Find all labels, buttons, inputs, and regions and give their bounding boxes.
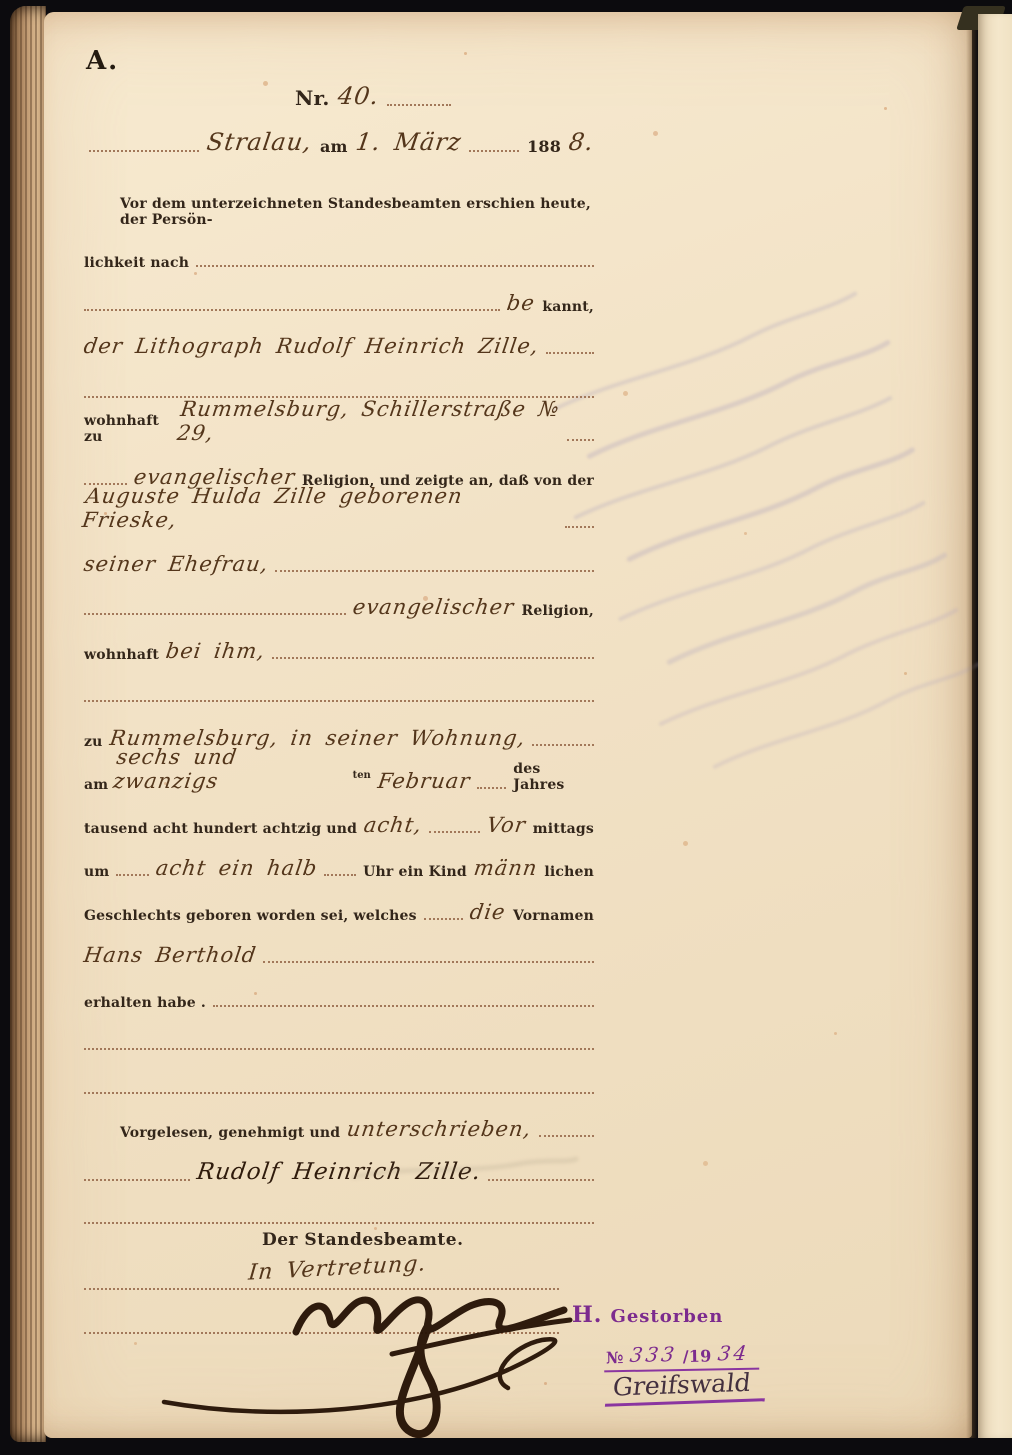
dotted-rule — [477, 773, 506, 789]
dotted-rule — [196, 251, 594, 267]
form-line: seiner Ehefrau, — [84, 532, 594, 576]
form-line: lichkeit nach — [84, 228, 594, 272]
form-line: evangelischerReligion, und zeigte an, da… — [84, 445, 594, 489]
file-number-year: 34 — [716, 1341, 750, 1366]
form-line: tausend acht hundert achtzig undacht,Vor… — [84, 793, 594, 837]
form-line: der Lithograph Rudolf Heinrich Zille, — [84, 315, 594, 359]
printed-text: lichkeit nach — [84, 255, 189, 271]
dotted-rule — [263, 947, 594, 963]
form-line: Hans Berthold — [84, 924, 594, 968]
bleedthrough-ghost-writing — [564, 297, 964, 817]
dotted-rule — [565, 512, 594, 528]
printed-text: lichen — [544, 864, 594, 880]
form-line: zuRummelsburg, in seiner Wohnung, — [84, 706, 594, 750]
officiant-title: Der Standesbeamte. — [262, 1230, 464, 1250]
form-line: umacht ein halbUhr ein Kindmännlichen — [84, 837, 594, 881]
dotted-rule — [324, 860, 356, 876]
dotted-rule — [429, 817, 480, 833]
dotted-rule — [84, 1034, 594, 1050]
printed-text: Vor dem unterzeichneten Standesbeamten e… — [120, 196, 594, 228]
handwritten-text: die — [469, 900, 508, 924]
dotted-rule — [84, 469, 127, 485]
record-number-row: Nr. 40. — [295, 82, 495, 110]
printed-text: Vornamen — [513, 908, 594, 924]
form-line: Geschlechts geboren worden sei, welchesd… — [84, 880, 594, 924]
death-stamp-word: Gestorben — [610, 1306, 723, 1327]
marginal-letter: A. — [86, 46, 119, 76]
printed-text: zu — [84, 734, 103, 750]
form-line: Vor dem unterzeichneten Standesbeamten e… — [84, 184, 594, 228]
handwritten-text: der Lithograph Rudolf Heinrich Zille, — [82, 334, 540, 358]
dateline-row: Stralau, am 1. März 188 8. — [89, 128, 594, 156]
dateline-year-printed: 188 — [527, 137, 561, 156]
dotted-rule — [84, 382, 594, 398]
handwritten-text: evangelischer — [352, 595, 517, 619]
greifswald-annotation: Greifswald — [605, 1367, 768, 1407]
form-line: wohnhaft zuRummelsburg, Schillerstraße №… — [84, 402, 594, 446]
dateline-am-label: am — [320, 137, 348, 156]
dotted-rule — [84, 295, 500, 311]
handwritten-text: Hans Berthold — [82, 943, 258, 967]
next-page-edge — [978, 14, 1012, 1438]
form-line: wohnhaftbei ihm, — [84, 619, 594, 663]
dotted-rule — [84, 686, 594, 702]
form-line: Vorgelesen, genehmigt undunterschrieben, — [84, 1098, 594, 1142]
record-number-value: 40. — [336, 82, 381, 110]
dotted-rule — [532, 730, 594, 746]
form-line: erhalten habe . — [84, 967, 594, 1011]
printed-text: kannt, — [542, 299, 594, 315]
dateline-place: Stralau, — [205, 128, 314, 156]
form-line: Auguste Hulda Zille geborenen Frieske, — [84, 489, 594, 533]
form-body: Vor dem unterzeichneten Standesbeamten e… — [84, 184, 594, 1228]
dotted-rule — [275, 556, 594, 572]
dotted-rule — [539, 1121, 594, 1137]
form-line: evangelischerReligion, — [84, 576, 594, 620]
dotted-rule — [424, 904, 464, 920]
file-number-slash: /19 — [683, 1346, 712, 1365]
dotted-rule — [387, 90, 451, 106]
dateline-day-month: 1. März — [354, 128, 463, 156]
death-stamp: H.Gestorben — [572, 1302, 723, 1328]
form-line — [84, 1011, 594, 1055]
dateline-year-digit: 8. — [567, 128, 596, 156]
book-scan: A. Nr. 40. Stralau, am 1. März 188 8. Vo… — [0, 0, 1012, 1455]
paper-freckles — [44, 12, 47, 15]
handwritten-text: männ — [472, 856, 539, 880]
printed-text: wohnhaft — [84, 647, 159, 663]
handwritten-text: Vor — [485, 813, 527, 837]
form-line — [84, 358, 594, 402]
death-stamp-initial: H. — [572, 1302, 602, 1328]
handwritten-text: be — [506, 291, 537, 315]
printed-text: Uhr ein Kind — [363, 864, 467, 880]
printed-text: des Jahres — [513, 761, 594, 793]
printed-text: Vorgelesen, genehmigt und — [120, 1125, 340, 1141]
printed-text: erhalten habe . — [84, 995, 206, 1011]
handwritten-text: Februar — [376, 769, 472, 793]
form-line — [84, 663, 594, 707]
handwritten-text: Rummelsburg, Schillerstraße № 29, — [176, 397, 564, 445]
printed-text: Geschlechts geboren worden sei, welches — [84, 908, 417, 924]
form-line: bekannt, — [84, 271, 594, 315]
file-number-value: 333 — [628, 1342, 678, 1367]
register-page: A. Nr. 40. Stralau, am 1. März 188 8. Vo… — [44, 12, 972, 1438]
bleedthrough-ghost-writing — [344, 1137, 584, 1207]
book-binding-edges — [10, 6, 46, 1442]
dotted-rule — [84, 599, 346, 615]
handwritten-text: acht ein halb — [154, 856, 319, 880]
handwritten-text: Auguste Hulda Zille geborenen Frieske, — [81, 484, 561, 532]
form-line — [84, 1054, 594, 1098]
dotted-rule — [469, 136, 519, 152]
record-number-label: Nr. — [295, 86, 330, 110]
dotted-rule — [84, 1208, 594, 1224]
file-number-prefix: № — [606, 1348, 624, 1367]
official-signature-scrawl — [156, 1280, 606, 1445]
dotted-rule — [272, 643, 594, 659]
page-fold-crease — [966, 12, 978, 1438]
handwritten-text: acht, — [362, 813, 423, 837]
dotted-rule — [116, 860, 148, 876]
dotted-rule — [84, 1165, 190, 1181]
handwritten-text: sechs und zwanzigs — [112, 745, 349, 793]
printed-text: um — [84, 864, 109, 880]
dotted-rule — [84, 1078, 594, 1094]
dotted-rule — [213, 991, 594, 1007]
printed-text: ten — [353, 770, 371, 781]
handwritten-text: seiner Ehefrau, — [82, 552, 270, 576]
printed-text: mittags — [533, 821, 594, 837]
printed-text: Religion, — [522, 603, 594, 619]
form-line: amsechs und zwanzigstenFebruardes Jahres — [84, 750, 594, 794]
printed-text: am — [84, 777, 108, 793]
dotted-rule — [89, 136, 199, 152]
dotted-rule — [546, 338, 594, 354]
dotted-rule — [567, 425, 594, 441]
handwritten-text: bei ihm, — [164, 639, 266, 663]
printed-text: tausend acht hundert achtzig und — [84, 821, 357, 837]
printed-text: wohnhaft zu — [84, 413, 172, 445]
